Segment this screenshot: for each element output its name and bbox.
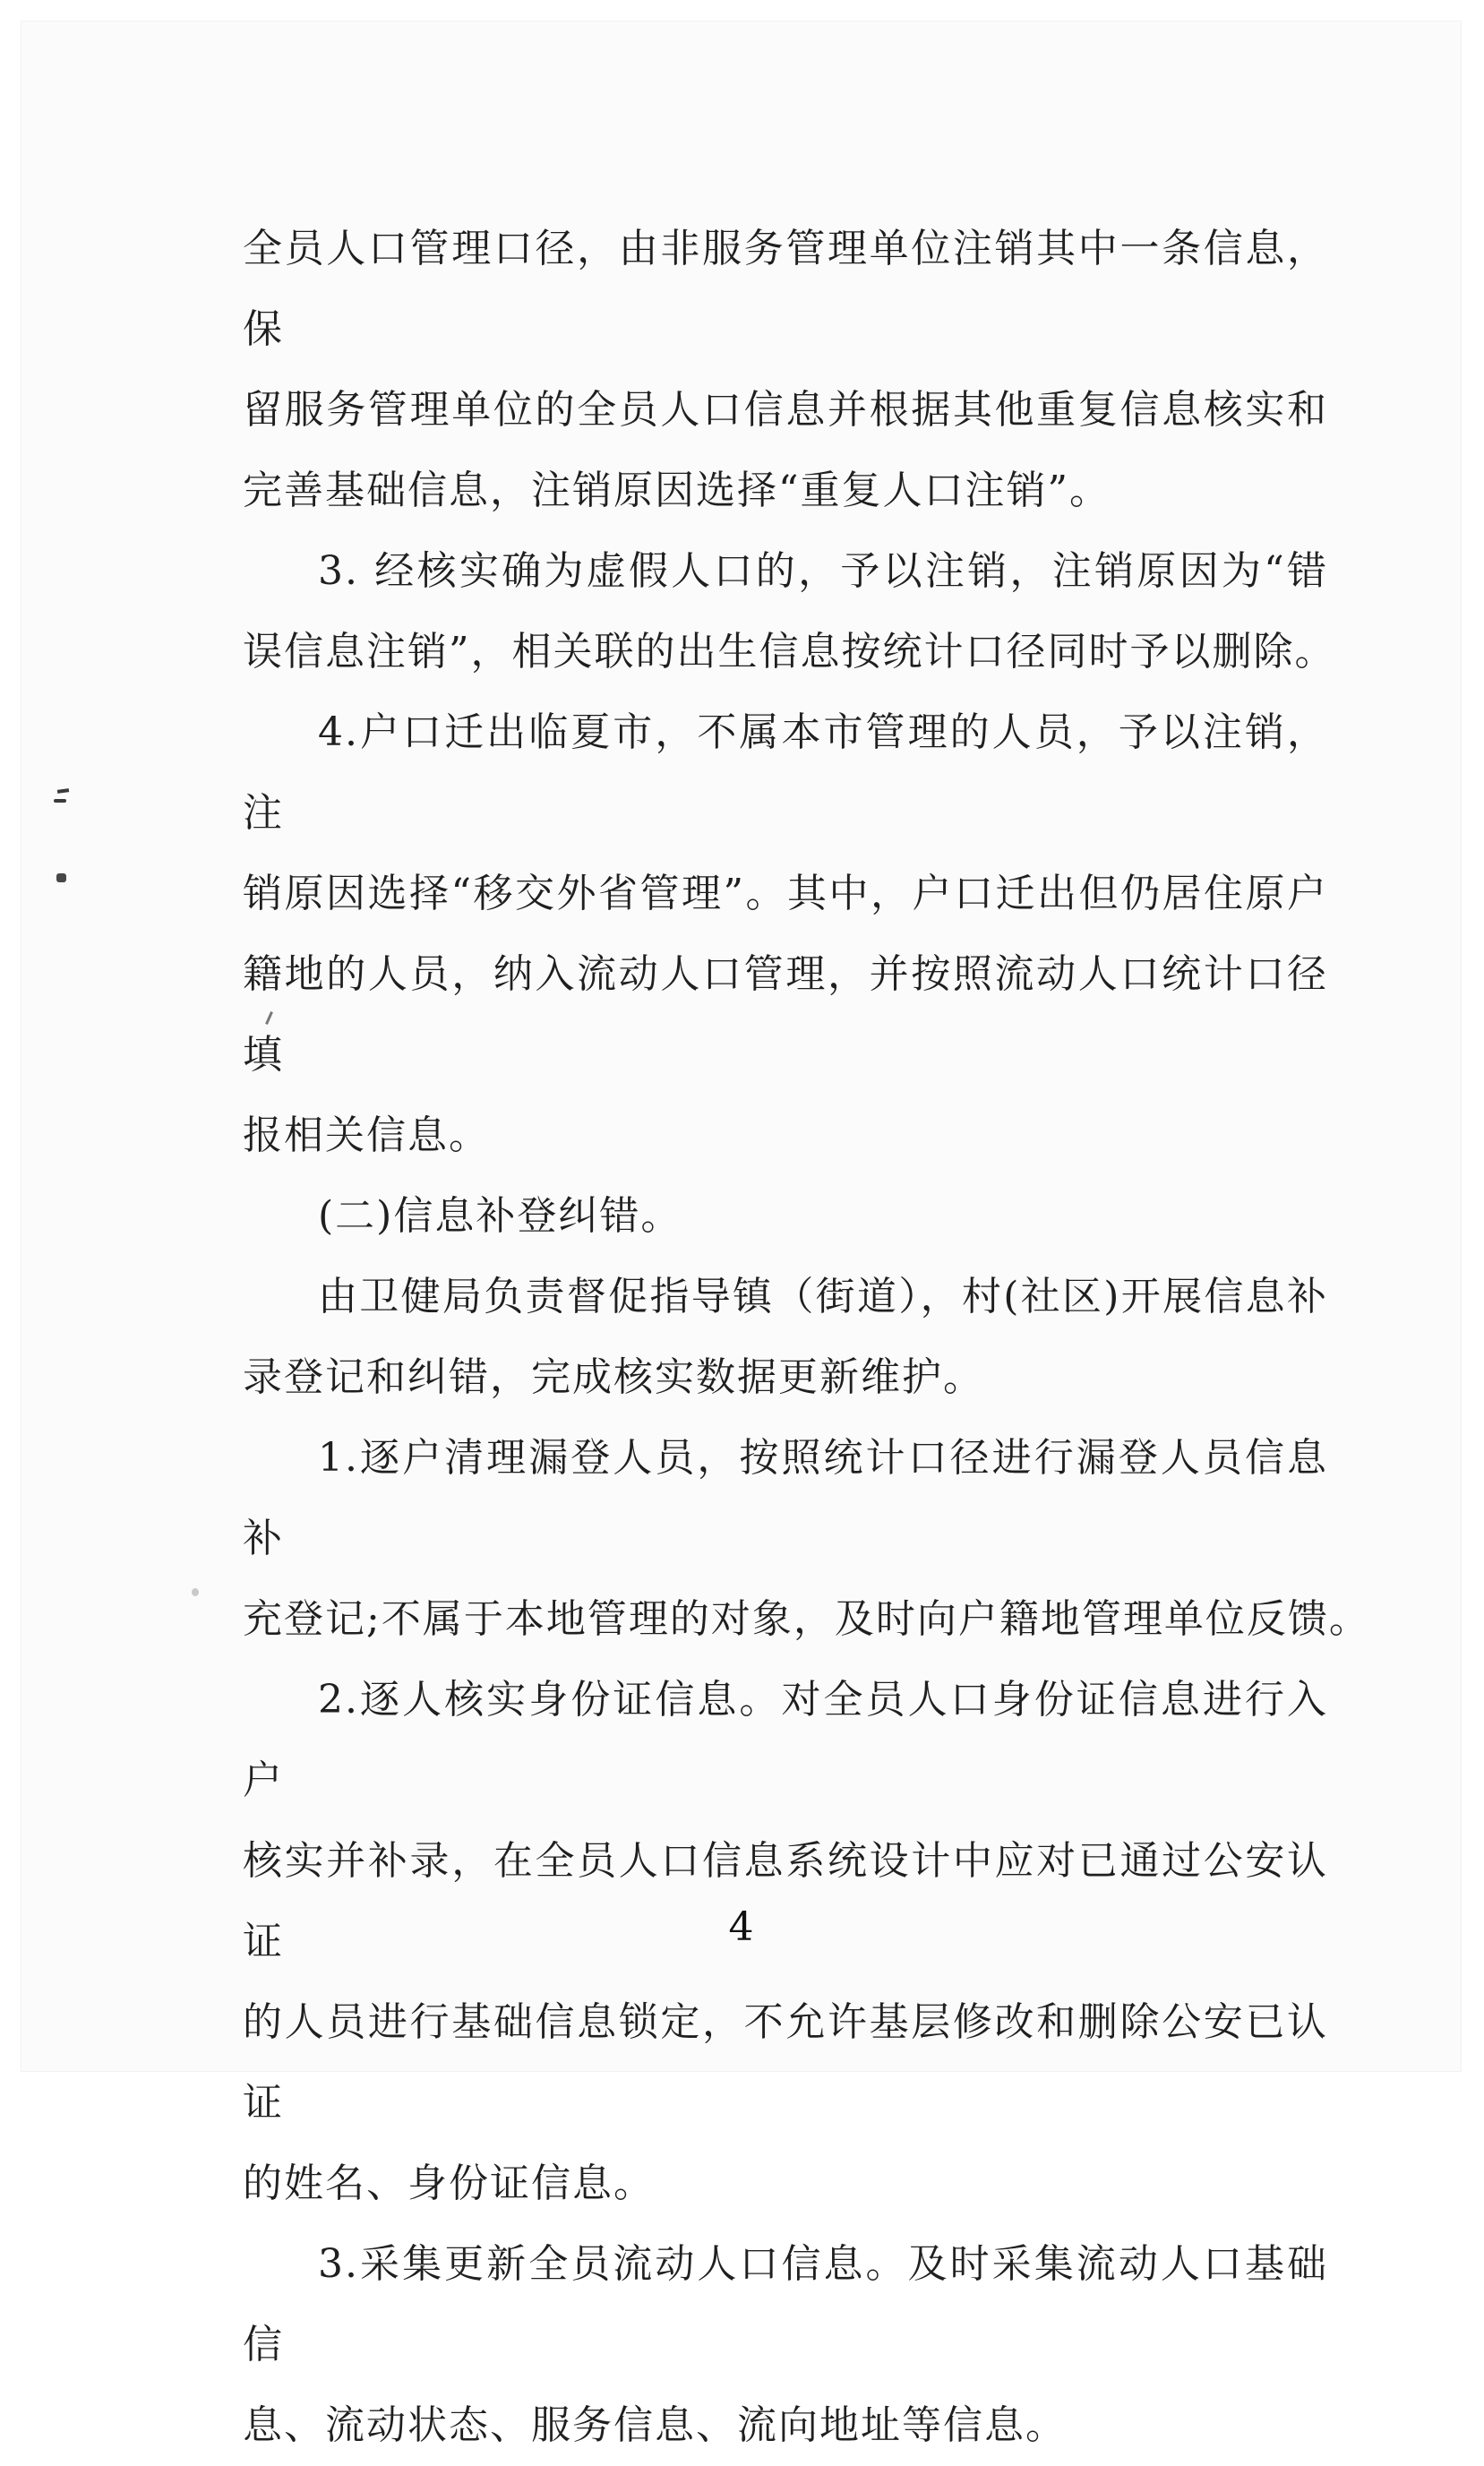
text-line: 充登记;不属于本地管理的对象，及时向户籍地管理单位反馈。 <box>243 1579 1328 1660</box>
ink-speck <box>54 799 66 803</box>
text-line: 2.逐人核实身份证信息。对全员人口身份证信息进行入户 <box>243 1660 1328 1821</box>
scan-background: { "page": { "number": "4", "background":… <box>0 0 1484 2094</box>
paragraph: 全员人口管理口径，由非服务管理单位注销其中一条信息，保留服务管理单位的全员人口信… <box>243 209 1328 531</box>
text-line: 报相关信息。 <box>243 1096 1328 1176</box>
text-line: 完善基础信息，注销原因选择“重复人口注销”。 <box>243 451 1328 531</box>
ink-speck <box>56 873 66 882</box>
paragraph: 1.逐户清理漏登人员，按照统计口径进行漏登人员信息补充登记;不属于本地管理的对象… <box>243 1418 1328 1660</box>
paragraph: 由卫健局负责督促指导镇（街道），村(社区)开展信息补录登记和纠错，完成核实数据更… <box>243 1257 1328 1418</box>
page-number: 4 <box>21 1904 1461 1950</box>
ink-speck <box>57 788 69 794</box>
text-line: 的人员进行基础信息锁定，不允许基层修改和删除公安已认证 <box>243 1982 1328 2094</box>
paragraph: (二)信息补登纠错。 <box>243 1176 1328 1257</box>
document-page: 全员人口管理口径，由非服务管理单位注销其中一条信息，保留服务管理单位的全员人口信… <box>21 21 1462 2072</box>
text-line: 核实并补录，在全员人口信息系统设计中应对已通过公安认证 <box>243 1821 1328 1982</box>
text-line: 销原因选择“移交外省管理”。其中，户口迁出但仍居住原户 <box>243 854 1328 934</box>
text-line: 3. 经核实确为虚假人口的，予以注销，注销原因为“错 <box>243 531 1328 612</box>
text-line: 录登记和纠错，完成核实数据更新维护。 <box>243 1337 1328 1418</box>
text-line: 全员人口管理口径，由非服务管理单位注销其中一条信息，保 <box>243 209 1328 370</box>
paragraph: 3. 经核实确为虚假人口的，予以注销，注销原因为“错误信息注销”，相关联的出生信… <box>243 531 1328 692</box>
text-line: 误信息注销”，相关联的出生信息按统计口径同时予以删除。 <box>243 612 1328 692</box>
paragraph: 2.逐人核实身份证信息。对全员人口身份证信息进行入户核实并补录，在全员人口信息系… <box>243 1660 1328 2094</box>
paragraph: 4.户口迁出临夏市，不属本市管理的人员，予以注销，注销原因选择“移交外省管理”。… <box>243 692 1328 1176</box>
ink-speck <box>192 1588 199 1596</box>
text-line: 留服务管理单位的全员人口信息并根据其他重复信息核实和 <box>243 370 1328 451</box>
text-line: 1.逐户清理漏登人员，按照统计口径进行漏登人员信息补 <box>243 1418 1328 1579</box>
text-line: 4.户口迁出临夏市，不属本市管理的人员，予以注销，注 <box>243 692 1328 854</box>
document-body: 全员人口管理口径，由非服务管理单位注销其中一条信息，保留服务管理单位的全员人口信… <box>243 209 1328 2094</box>
text-line: (二)信息补登纠错。 <box>243 1176 1328 1257</box>
text-line: 籍地的人员，纳入流动人口管理，并按照流动人口统计口径填 <box>243 934 1328 1096</box>
text-line: 由卫健局负责督促指导镇（街道），村(社区)开展信息补 <box>243 1257 1328 1337</box>
